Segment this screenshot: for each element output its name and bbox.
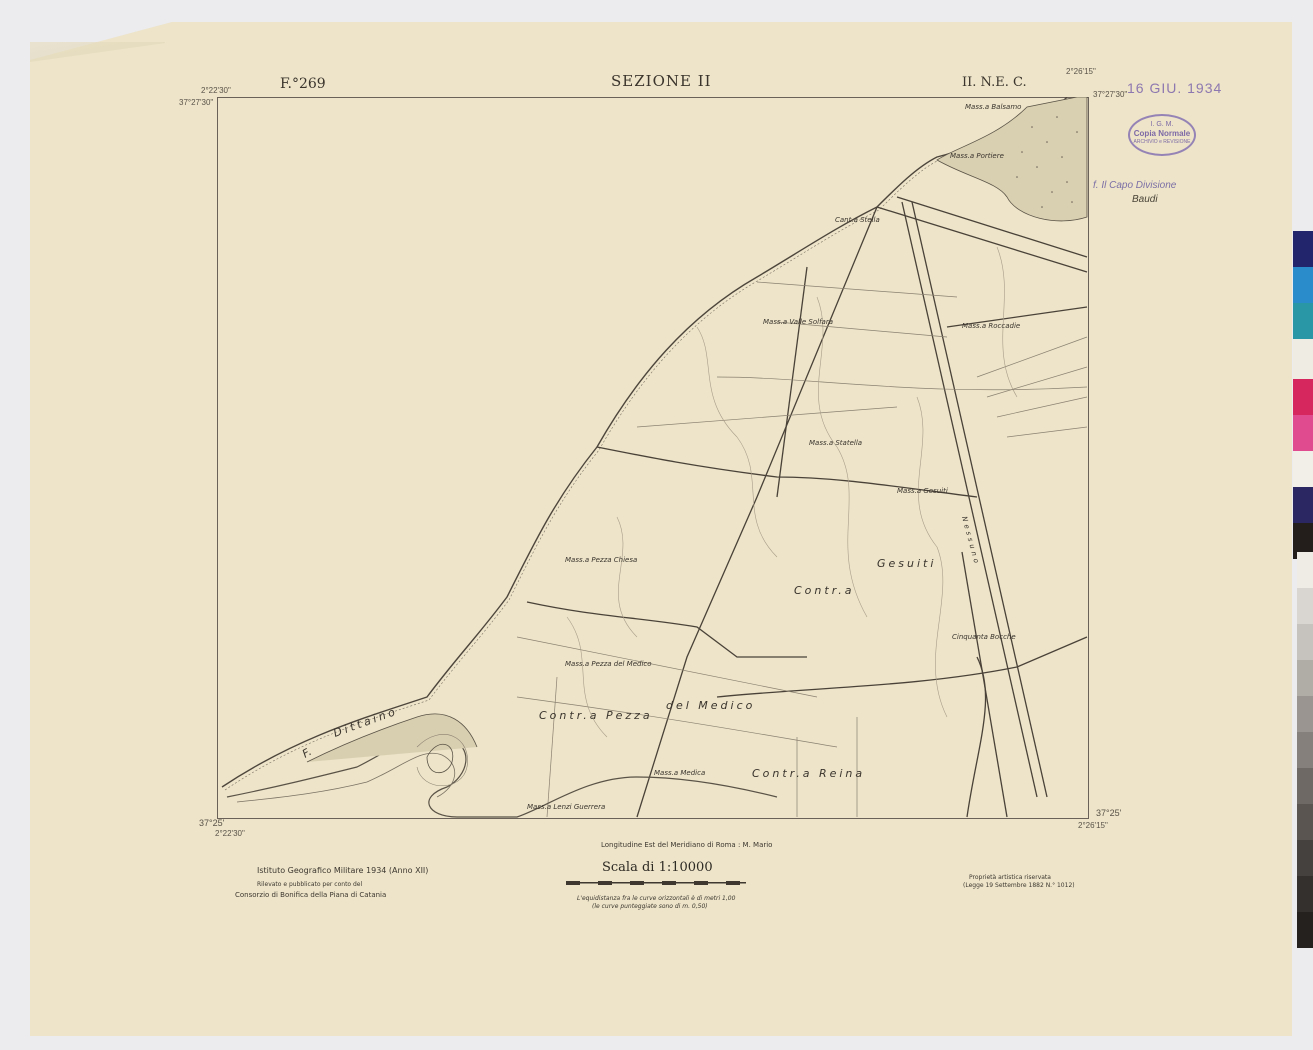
label-pezza-medico-farm: Mass.a Pezza del Medico bbox=[565, 660, 652, 668]
coord-top-left-lat: 37°27'30" bbox=[179, 98, 213, 107]
consortium-name: Consorzio di Bonifica della Piana di Cat… bbox=[235, 891, 386, 899]
label-contrada-pezza: Contr.a Pezza bbox=[539, 709, 653, 722]
label-balsamo: Mass.a Balsamo bbox=[965, 103, 1021, 111]
label-pezza-chiesa: Mass.a Pezza Chiesa bbox=[565, 556, 637, 564]
label-cinquanta-bocche: Cinquanta Bocche bbox=[952, 633, 1016, 641]
sheet-number: F.°269 bbox=[280, 76, 326, 92]
coord-top-right-lon: 2°26'15" bbox=[1066, 67, 1096, 76]
stamp-line-3: ARCHIVIO e REVISIONE bbox=[1130, 138, 1194, 147]
rights-note-2: (Legge 19 Settembre 1882 N.° 1012) bbox=[963, 882, 1075, 889]
label-river-f: F. bbox=[300, 745, 314, 760]
signature: Baudi bbox=[1132, 194, 1158, 205]
scale-title: Scala di 1:10000 bbox=[602, 860, 713, 875]
coord-bottom-left-lat: 37°25' bbox=[199, 818, 224, 828]
label-lenzi-guerrera: Mass.a Lenzi Guerrera bbox=[527, 803, 605, 811]
label-contrada-gesuiti-1: Contr.a bbox=[794, 584, 854, 597]
contour-note-1: L'equidistanza fra le curve orizzontali … bbox=[577, 895, 735, 902]
igm-stamp: I. G. M. Copia Normale ARCHIVIO e REVISI… bbox=[1128, 114, 1196, 156]
label-contrada-reina: Contr.a Reina bbox=[752, 767, 865, 780]
longitude-note: Longitudine Est del Meridiano di Roma : … bbox=[601, 841, 772, 849]
rights-note-1: Proprietà artistica riservata bbox=[969, 874, 1051, 881]
signature-title: f. Il Capo Divisione bbox=[1093, 180, 1176, 191]
surveyed-note: Rilevato e pubblicato per conto del bbox=[257, 881, 362, 888]
label-medica: Mass.a Medica bbox=[654, 769, 705, 777]
stamp-line-2: Copia Normale bbox=[1130, 129, 1194, 138]
contour-note-2: (le curve punteggiate sono di m. 0,50) bbox=[592, 903, 708, 910]
institute-credit: Istituto Geografico Militare 1934 (Anno … bbox=[257, 866, 428, 875]
quadrant-label: II. N.E. C. bbox=[962, 75, 1027, 90]
coord-bottom-right-lon: 2°26'15" bbox=[1078, 821, 1108, 830]
date-stamp: 16 GIU. 1934 bbox=[1127, 80, 1222, 96]
section-title: SEZIONE II bbox=[611, 72, 712, 90]
label-del-medico: del Medico bbox=[666, 699, 755, 712]
coord-bottom-right-lat: 37°25' bbox=[1096, 808, 1121, 818]
label-stella: Cant.a Stella bbox=[835, 216, 880, 224]
label-gesuiti-farm: Mass.a Gesuiti bbox=[897, 487, 948, 495]
label-roccadie: Mass.a Roccadie bbox=[962, 322, 1020, 330]
coord-top-right-lat: 37°27'30" bbox=[1093, 90, 1127, 99]
label-portiere: Mass.a Portiere bbox=[950, 152, 1004, 160]
coord-bottom-left-lon: 2°22'30" bbox=[215, 829, 245, 838]
label-valle-solfara: Mass.a Valle Solfara bbox=[763, 318, 833, 326]
color-calibration-strip bbox=[1293, 231, 1313, 559]
label-statella: Mass.a Statella bbox=[809, 439, 862, 447]
gray-calibration-strip bbox=[1297, 552, 1313, 948]
map-canvas[interactable]: Mass.a Balsamo Mass.a Portiere Cant.a St… bbox=[217, 97, 1088, 818]
scale-bar bbox=[566, 881, 746, 885]
stamp-line-1: I. G. M. bbox=[1130, 120, 1194, 129]
label-contrada-gesuiti-2: Gesuiti bbox=[877, 557, 936, 570]
coord-top-left-lon: 2°22'30" bbox=[201, 86, 231, 95]
